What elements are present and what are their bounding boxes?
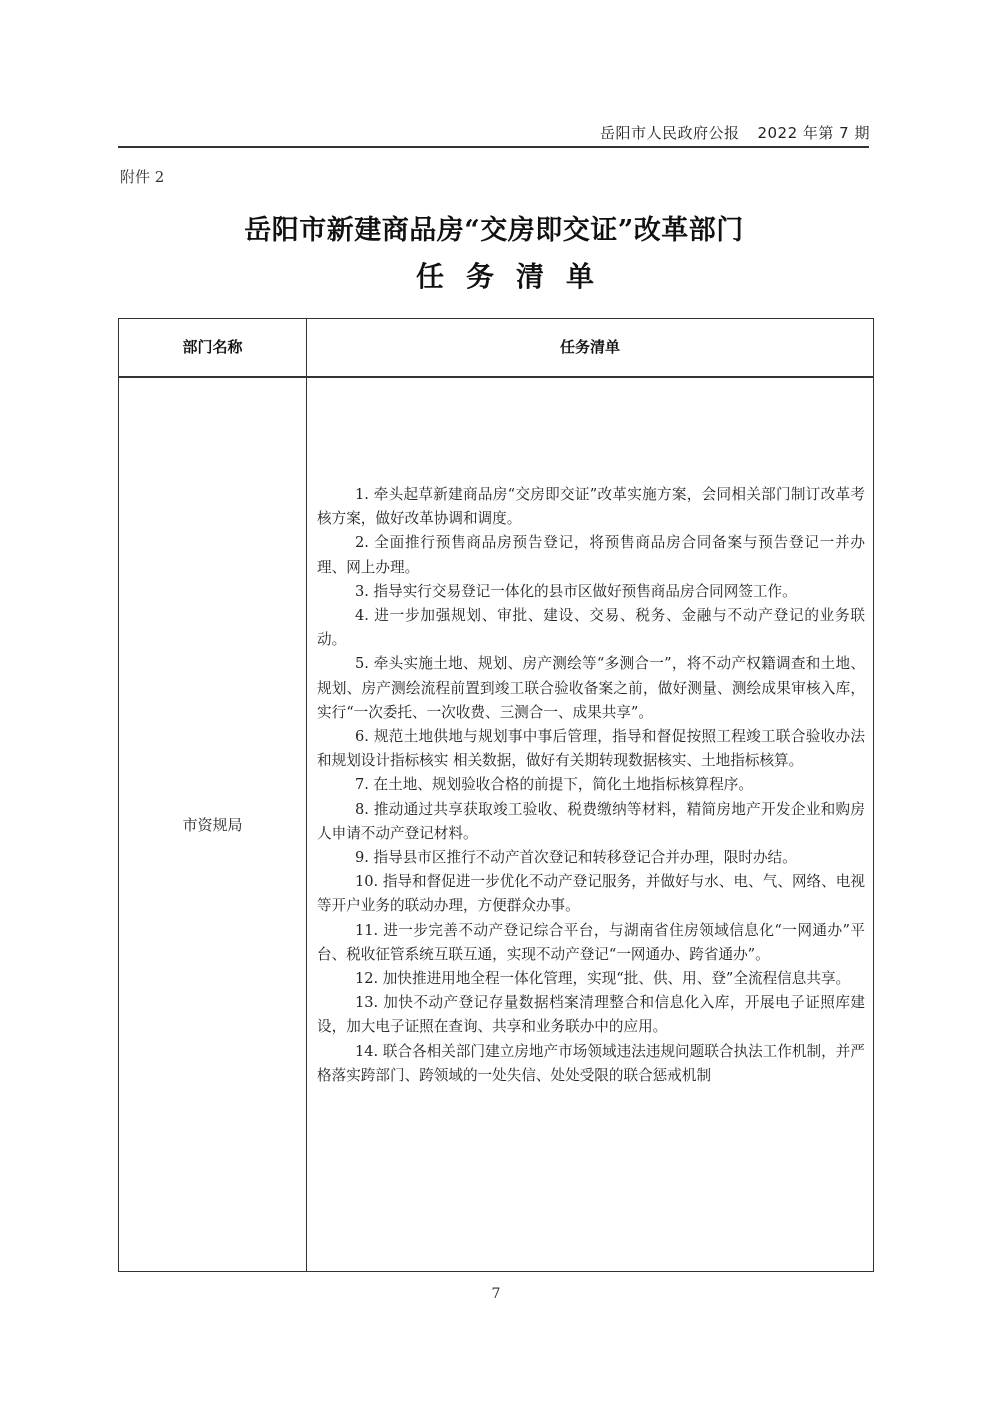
document-subtitle: 任务清单 [118,255,892,295]
tasks-cell: 1. 牵头起草新建商品房“交房即交证”改革实施方案，会同相关部门制订改革考核方案… [317,483,865,1088]
task-item: 9. 指导县市区推行不动产首次登记和转移登记合并办理，限时办结。 [317,846,865,870]
task-item: 10. 指导和督促进一步优化不动产登记服务，并做好与水、电、气、网络、电视等开户… [317,870,865,918]
document-title: 岳阳市新建商品房“交房即交证”改革部门 [118,208,870,247]
task-item: 4. 进一步加强规划、审批、建设、交易、税务、金融与不动产登记的业务联动。 [317,604,865,652]
column-divider [306,319,307,1271]
task-item: 6. 规范土地供地与规划事中事后管理，指导和督促按照工程竣工联合验收办法和规划设… [317,725,865,773]
task-item: 1. 牵头起草新建商品房“交房即交证”改革实施方案，会同相关部门制订改革考核方案… [317,483,865,531]
department-name: 市资规局 [182,814,242,835]
task-item: 2. 全面推行预售商品房预告登记，将预售商品房合同备案与预告登记一并办理、网上办… [317,531,865,579]
task-item: 12. 加快推进用地全程一体化管理，实现“批、供、用、登”全流程信息共享。 [317,967,865,991]
task-item: 5. 牵头实施土地、规划、房产测绘等“多测合一”，将不动产权籍调查和土地、规划、… [317,652,865,725]
task-item: 14. 联合各相关部门建立房地产市场领域违法违规问题联合执法工作机制，并严格落实… [317,1040,865,1088]
task-table: 部门名称 任务清单 市资规局 1. 牵头起草新建商品房“交房即交证”改革实施方案… [118,318,874,1272]
task-item: 11. 进一步完善不动产登记综合平台，与湖南省住房领域信息化“一网通办”平台、税… [317,919,865,967]
column-header-tasks: 任务清单 [307,319,873,376]
publication-name: 岳阳市人民政府公报 [600,124,740,142]
task-item: 3. 指导实行交易登记一体化的县市区做好预售商品房合同网签工作。 [317,580,865,604]
attachment-label: 附件 2 [120,166,164,187]
task-item: 13. 加快不动产登记存量数据档案清理整合和信息化入库，开展电子证照库建设，加大… [317,991,865,1039]
issue-number: 2022 年第 7 期 [757,124,870,142]
task-item: 8. 推动通过共享获取竣工验收、税费缴纳等材料，精简房地产开发企业和购房人申请不… [317,798,865,846]
task-item: 7. 在土地、规划验收合格的前提下，简化土地指标核算程序。 [317,773,865,797]
column-header-department: 部门名称 [119,319,306,376]
department-cell: 市资规局 [119,377,306,1271]
running-header: 岳阳市人民政府公报2022 年第 7 期 [118,122,870,143]
header-rule [118,146,869,148]
page-number: 7 [0,1286,992,1302]
